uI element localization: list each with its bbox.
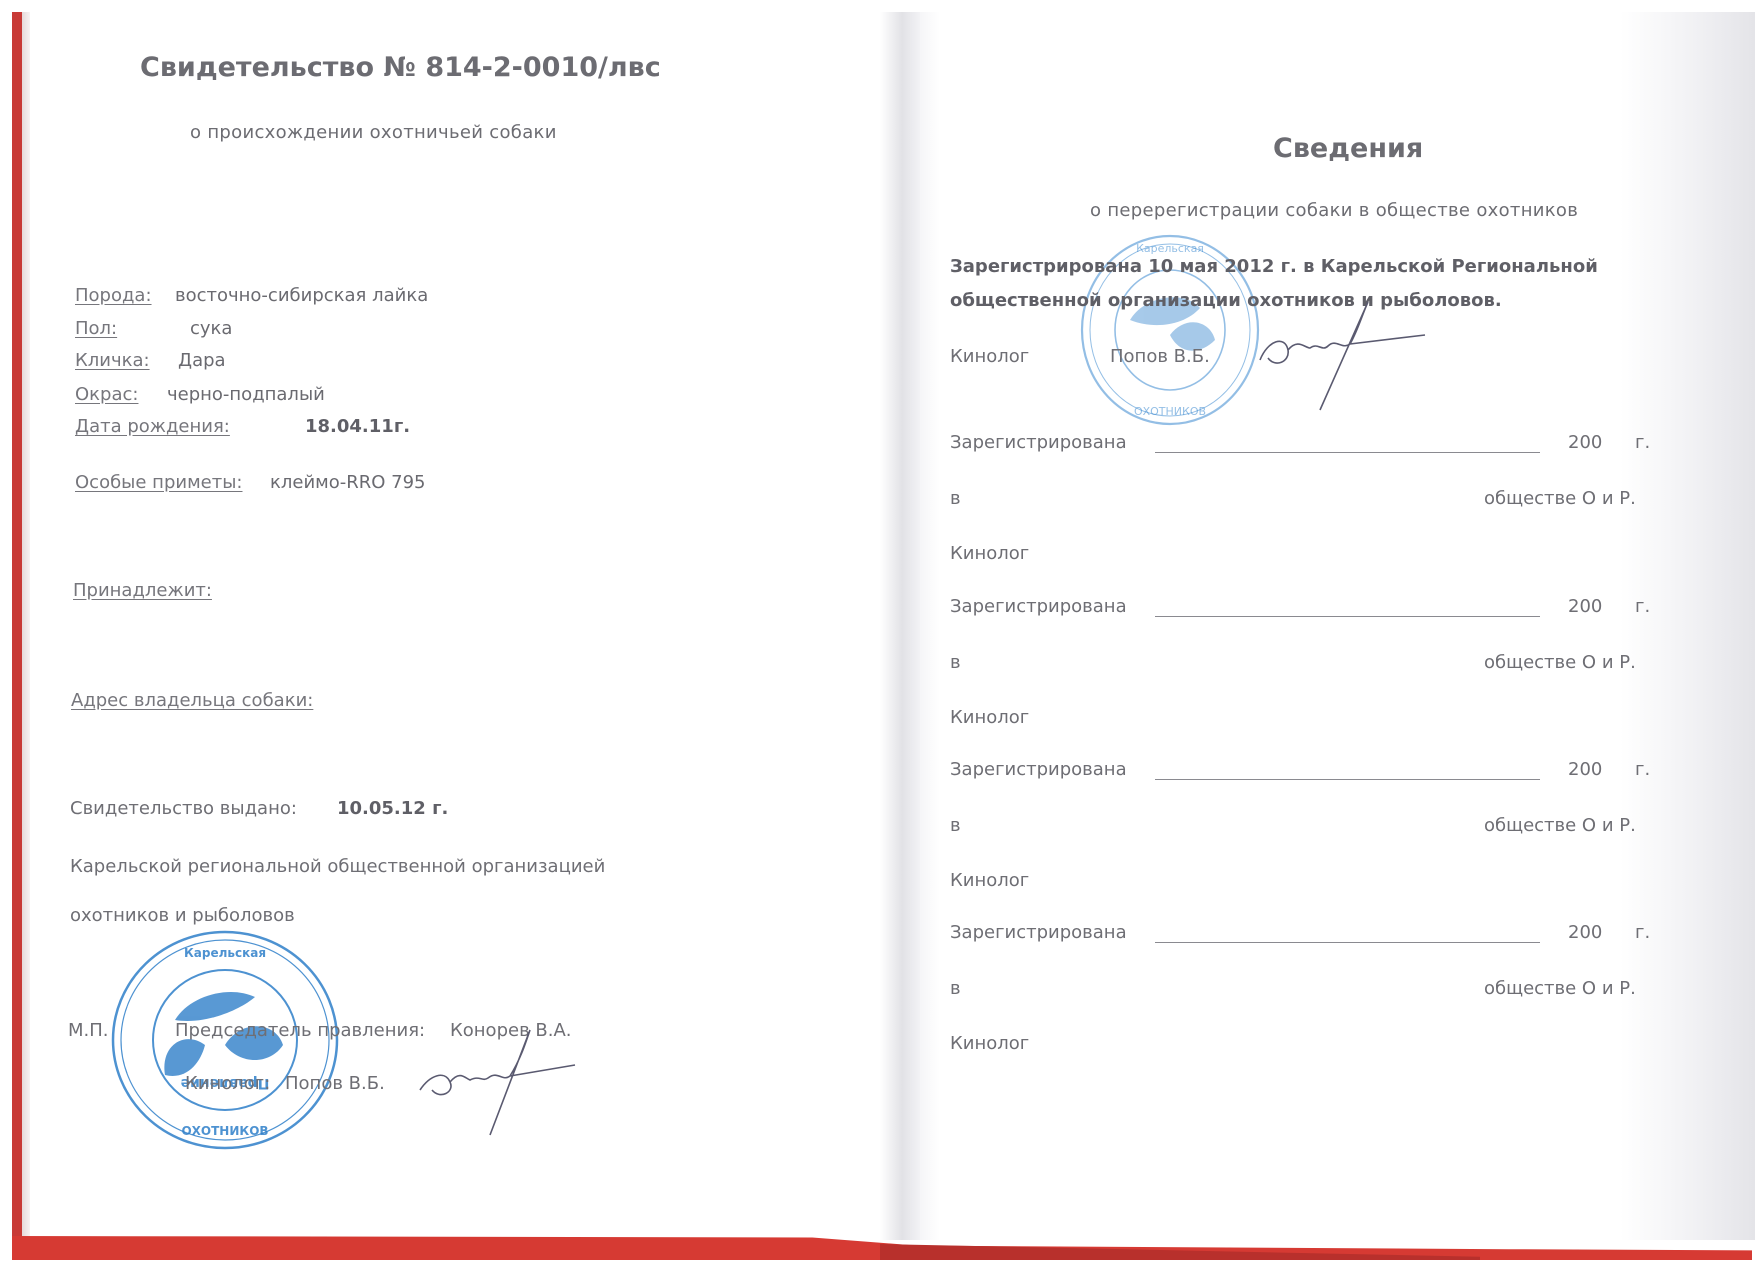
color-value: черно-подпалый [167,384,325,405]
year-suffix: г. [1635,922,1650,943]
svg-text:ОХОТНИКОВ: ОХОТНИКОВ [181,1124,268,1138]
breed-label: Порода: [75,285,152,306]
book-gutter [880,12,920,1240]
special-marks-label: Особые приметы: [75,472,243,493]
issuer-line-1: Карельской региональной общественной орг… [70,856,605,877]
registration-blank-line [1155,616,1540,617]
society-label: обществе О и Р. [1484,978,1636,999]
certificate-title: Свидетельство № 814-2-0010/лвс [140,52,661,83]
chairman-label: Председатель правления: [175,1020,425,1041]
cynologist-label: Кинолог: [185,1073,270,1094]
in-label: в [950,815,961,836]
right-page [900,12,1755,1240]
society-label: обществе О и Р. [1484,815,1636,836]
in-label: в [950,488,961,509]
seal-label: М.П. [68,1020,109,1041]
first-registration-line-1: Зарегистрирована 10 мая 2012 г. в Карель… [950,256,1598,277]
cynologist-label: Кинолог [950,543,1029,564]
color-label: Окрас: [75,384,138,405]
registered-label: Зарегистрирована [950,922,1127,943]
cynologist-label: Кинолог [950,870,1029,891]
svg-text:ОХОТНИКОВ: ОХОТНИКОВ [1134,405,1206,418]
society-label: обществе О и Р. [1484,488,1636,509]
cynologist-name: Попов В.Б. [285,1073,385,1094]
birth-date-value: 18.04.11г. [305,416,410,437]
certificate-subtitle: о происхождении охотничьей собаки [190,122,557,143]
svg-text:Карельская: Карельская [1136,242,1204,255]
registration-subtitle: о перерегистрации собаки в обществе охот… [1090,200,1578,221]
cynologist-signature-icon [410,1020,580,1140]
registration-blank-line [1155,452,1540,453]
first-cynologist-label: Кинолог [950,346,1029,367]
name-label: Кличка: [75,350,150,371]
registration-title: Сведения [1273,133,1423,164]
owner-address-label: Адрес владельца собаки: [71,690,313,711]
in-label: в [950,978,961,999]
sex-label: Пол: [75,318,117,339]
registered-label: Зарегистрирована [950,759,1127,780]
year-suffix: г. [1635,596,1650,617]
sex-value: сука [190,318,232,339]
year-suffix: г. [1635,432,1650,453]
breed-value: восточно-сибирская лайка [175,285,428,306]
society-label: обществе О и Р. [1484,652,1636,673]
year-prefix: 200 [1568,432,1602,453]
special-marks-value: клеймо-RRO 795 [270,472,426,493]
birth-date-label: Дата рождения: [75,416,230,437]
svg-text:Карельская: Карельская [184,946,266,960]
page-edge-shadow [22,12,30,1242]
year-prefix: 200 [1568,596,1602,617]
name-value: Дара [178,350,226,371]
red-cover-left-edge [12,12,22,1252]
owner-label: Принадлежит: [73,580,212,601]
year-suffix: г. [1635,759,1650,780]
registration-blank-line [1155,942,1540,943]
issued-date: 10.05.12 г. [337,798,448,819]
issued-label: Свидетельство выдано: [70,798,297,819]
cynologist-label: Кинолог [950,1033,1029,1054]
registered-label: Зарегистрирована [950,596,1127,617]
cynologist-signature-icon [1250,300,1430,415]
year-prefix: 200 [1568,759,1602,780]
in-label: в [950,652,961,673]
first-cynologist-name: Попов В.Б. [1110,346,1210,367]
registration-blank-line [1155,779,1540,780]
registered-label: Зарегистрирована [950,432,1127,453]
issuer-line-2: охотников и рыболовов [70,905,295,926]
cynologist-label: Кинолог [950,707,1029,728]
year-prefix: 200 [1568,922,1602,943]
